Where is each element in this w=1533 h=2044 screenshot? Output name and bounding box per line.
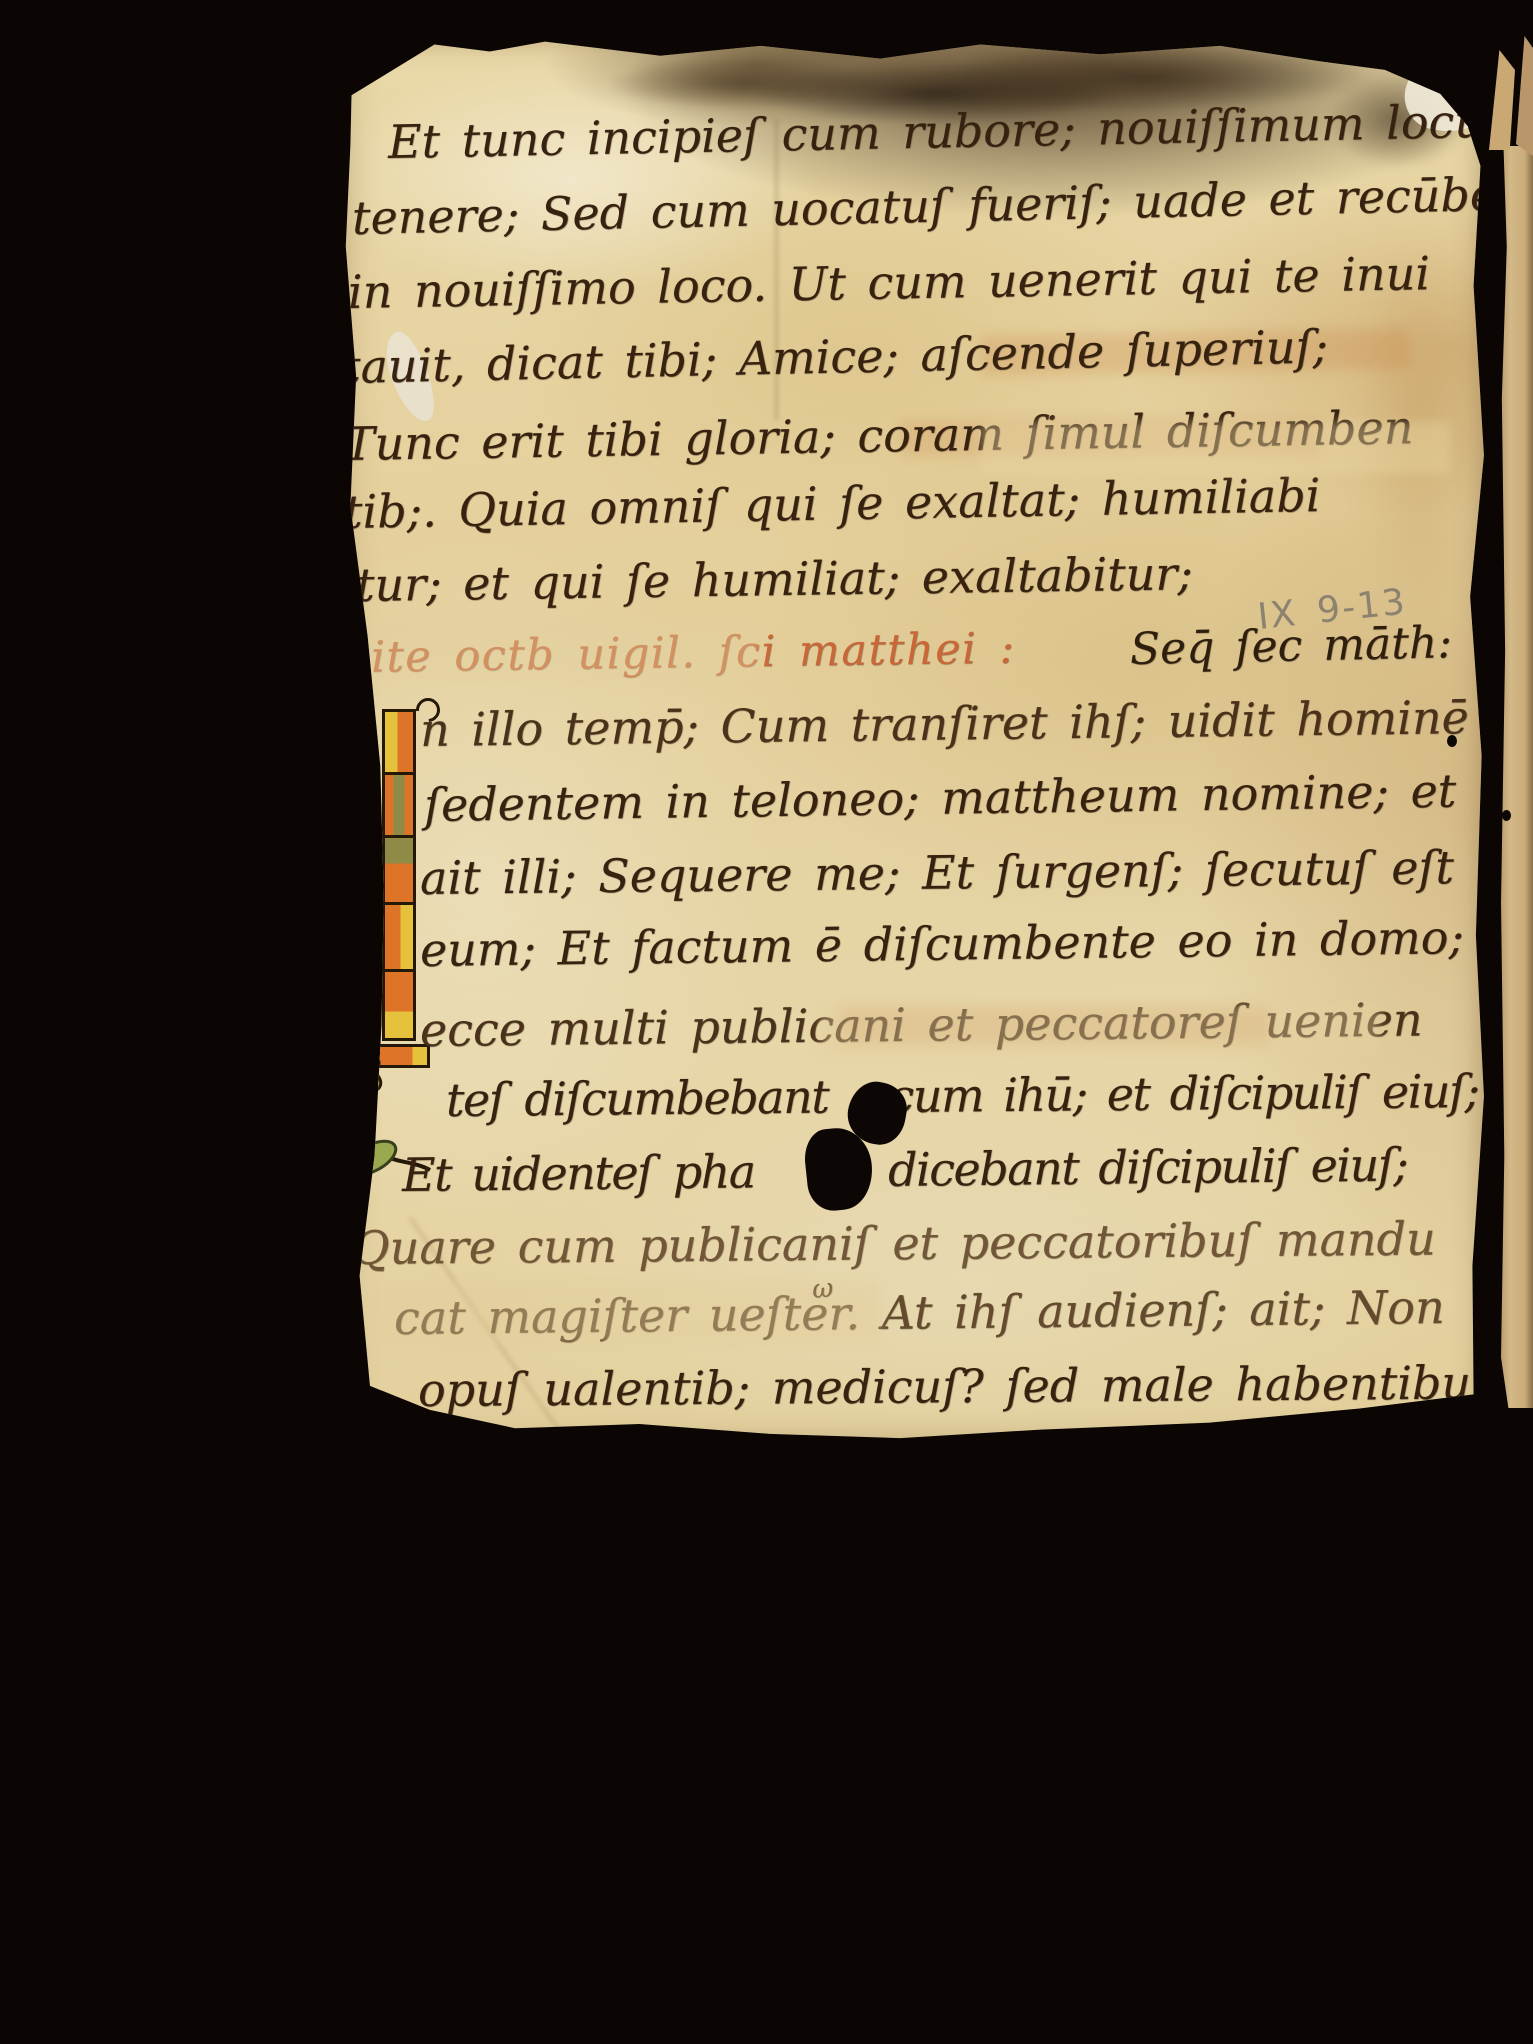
initial-segment (382, 835, 416, 905)
manuscript-line-4: tauit, dicat tibi; Amice; aſcende ſuperi… (341, 316, 1328, 397)
initial-segment (382, 969, 416, 1041)
manuscript-line-11: ait illi; Sequere me; Et ſurgenſ; ſecutu… (420, 837, 1455, 908)
manuscript-line-3: in nouiſſimo loco. Ut cum uenerit qui te… (347, 243, 1430, 322)
manuscript-line-16: Quare cum publicaniſ et peccatoribuſ man… (352, 1209, 1436, 1278)
parchment-fragment (1516, 36, 1533, 156)
fade-overlay (380, 1282, 880, 1342)
manuscript-line-18: opuſ ualentib; medicuſ? ſed male habenti… (418, 1352, 1504, 1420)
wormhole (1502, 810, 1511, 821)
facing-page-edge (1492, 146, 1533, 1408)
manuscript-line-7: tur; et qui ſe humiliat; exaltabitur; (356, 543, 1194, 615)
wormhole (1447, 735, 1457, 747)
fade-overlay (340, 620, 760, 682)
fade-overlay (980, 422, 1450, 474)
manuscript-line-12: eum; Et factum ē diſcumbente eo in domo; (420, 907, 1465, 980)
photo-backdrop: Et tunc incipieſ cum rubore; nouiſſimum … (0, 0, 1533, 2044)
knot-ornament (344, 1057, 381, 1090)
initial-segment (382, 902, 416, 972)
initial-segment (382, 709, 416, 775)
initial-segment (382, 772, 416, 838)
manuscript-line-9: n illo temp̄; Cum tranſiret ihſ; uidit h… (420, 687, 1506, 760)
manuscript-page: Et tunc incipieſ cum rubore; nouiſſimum … (340, 36, 1492, 1448)
manuscript-line-14: teſ diſcumbebant cum ihū; et diſcipuliſ … (446, 1061, 1479, 1130)
manuscript-line-10: ſedentem in teloneo; mattheum nomine; et (424, 761, 1457, 835)
fade-overlay (820, 1004, 1380, 1056)
leaf-ornament (343, 1134, 401, 1181)
manuscript-line-15: Et uidenteſ pha ei; dicebant diſcipuliſ … (402, 1134, 1408, 1205)
decorated-initial-i (382, 712, 416, 1050)
parchment-fragment (1489, 50, 1515, 150)
manuscript-line-6: tib;. Quia omniſ qui ſe exaltat; humilia… (343, 465, 1320, 542)
